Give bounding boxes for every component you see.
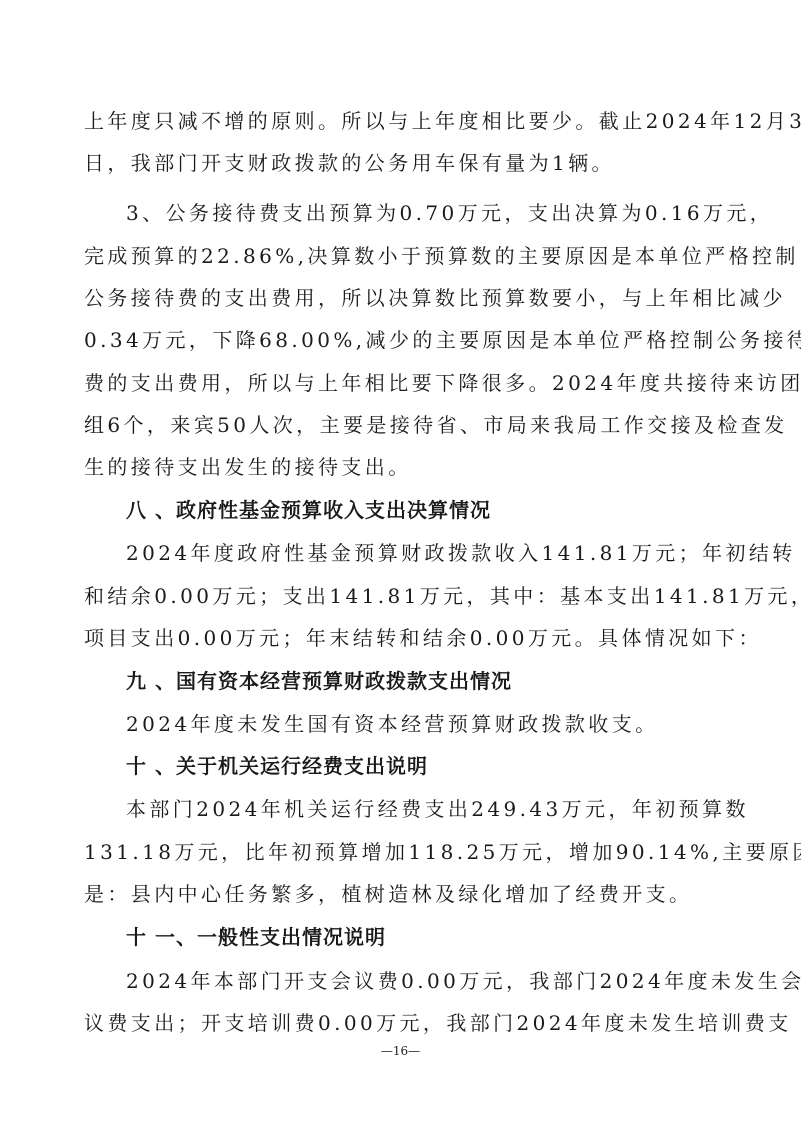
text-line: 完成预算的22.86%,决算数小于预算数的主要原因是本单位严格控制 — [84, 235, 720, 277]
text-line: 131.18万元，比年初预算增加118.25万元，增加90.14%,主要原因 — [84, 831, 720, 873]
text-line: 公务接待费的支出费用，所以决算数比预算数要小，与上年相比减少 — [84, 277, 720, 319]
text-line: 项目支出0.00万元；年末结转和结余0.00万元。具体情况如下： — [84, 617, 720, 659]
text-line: 2024年度政府性基金预算财政拨款收入141.81万元；年初结转 — [84, 532, 720, 574]
section-heading-9: 九 、国有资本经营预算财政拨款支出情况 — [126, 660, 512, 702]
text-line: 生的接待支出发生的接待支出。 — [84, 446, 720, 488]
text-line: 议费支出；开支培训费0.00万元，我部门2024年度未发生培训费支 — [84, 1002, 720, 1044]
text-line: 2024年度未发生国有资本经营预算财政拨款收支。 — [84, 703, 720, 745]
page-number: —16— — [0, 1044, 801, 1058]
text-line: 和结余0.00万元；支出141.81万元，其中：基本支出141.81万元， — [84, 575, 720, 617]
section-heading-8: 八 、政府性基金预算收入支出决算情况 — [126, 489, 491, 531]
text-line: 组6个，来宾50人次，主要是接待省、市局来我局工作交接及检查发 — [84, 404, 720, 446]
text-line: 上年度只减不增的原则。所以与上年度相比要少。截止2024年12月31 — [84, 100, 720, 142]
text-line: 是：县内中心任务繁多，植树造林及绿化增加了经费开支。 — [84, 873, 720, 915]
text-line: 费的支出费用，所以与上年相比要下降很多。2024年度共接待来访团 — [84, 362, 720, 404]
section-heading-11: 十 一、一般性支出情况说明 — [126, 916, 386, 958]
section-heading-10: 十 、关于机关运行经费支出说明 — [126, 745, 428, 787]
text-line: 本部门2024年机关运行经费支出249.43万元，年初预算数 — [84, 788, 720, 830]
text-line: 2024年本部门开支会议费0.00万元，我部门2024年度未发生会 — [84, 960, 720, 1002]
text-line: 3、公务接待费支出预算为0.70万元，支出决算为0.16万元， — [84, 192, 720, 234]
text-line: 0.34万元，下降68.00%,减少的主要原因是本单位严格控制公务接待 — [84, 319, 720, 361]
text-line: 日，我部门开支财政拨款的公务用车保有量为1辆。 — [84, 142, 720, 184]
